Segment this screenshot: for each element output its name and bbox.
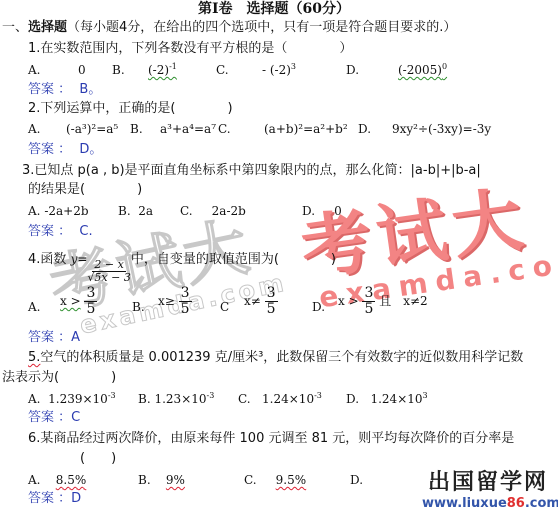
q4-option-b: B. (132, 300, 145, 314)
question-6-stem: 6.某商品经过两次降价，由原来每件 100 元调至 81 元，则平均每次降价的百… (28, 431, 514, 447)
q4-option-a: A. (28, 300, 40, 314)
q2-option-b-value: a³+a⁴=a⁷ (160, 122, 216, 136)
q6-answer: 答案 ：D (28, 491, 81, 507)
q1-option-b-value: (-2)-1 (148, 63, 177, 77)
q1-option-d-value: (-2005)0 (398, 63, 447, 77)
q1-option-a: A. (28, 63, 40, 77)
q4-option-a-value: x > 35 (60, 286, 97, 317)
q4-function-fraction: 2 − x√5x − 3 (87, 259, 130, 284)
q1-option-b: B. (112, 63, 125, 77)
question-4-stem: 4.函数 y=2 − x√5x − 3中，自变量的取值范围为( ) (28, 251, 336, 284)
q2-option-c-value: (a+b)²=a²+b² (264, 122, 348, 136)
q5-option-d: D. 1.24×103 (346, 392, 428, 406)
question-3-stem: 3.已知点 p(a , b)是平面直角坐标系中第四象限内的点，那么化简：|a-b… (22, 163, 481, 179)
q6-option-a: A. 8.5% (28, 473, 86, 487)
question-5-stem: 5.空气的体积质量是 0.001239 克/厘米³，此数保留三个有效数字的近似数… (28, 350, 523, 366)
q1-answer: 答案 ： B。 (28, 82, 101, 98)
page-title: 第Ⅰ卷 选择题（60分） (198, 1, 350, 17)
q4-answer: 答案 ：A (28, 330, 80, 346)
section-prefix: 一、 (2, 20, 28, 35)
q5-option-a: A. 1.239×10-3 (28, 392, 116, 406)
q6-option-b: B. 9% (138, 473, 185, 487)
q6-option-c: C. 9.5% (244, 473, 306, 487)
q2-option-a: A. (28, 122, 40, 136)
logo-url-text: www.liuxue86.com (422, 496, 552, 507)
q1-option-c-value: - (-2)3 (262, 63, 296, 77)
q1-option-d: D. (346, 63, 359, 77)
q5-answer: 答案 ：C (28, 410, 80, 426)
q4-option-b-value: x≥ 35 (158, 286, 192, 317)
q2-option-b: B. (130, 122, 143, 136)
q2-option-d: D. (358, 122, 371, 136)
q1-option-a-value: 0 (78, 63, 86, 77)
question-2-stem: 2.下列运算中，正确的是( ) (28, 101, 233, 117)
section-heading: 一、选择题（每小题4分，在给出的四个选项中，只有一项是符合题目要求的.） (2, 20, 456, 36)
q3-option-b: B. 2a (118, 204, 153, 218)
q4-option-c-value: x≠ 35 (244, 286, 278, 317)
q4-option-d: D. (312, 300, 325, 314)
q4-option-d-value: x > 35 且 x≠2 (338, 286, 428, 317)
q2-answer: 答案 ： D。 (28, 142, 102, 158)
question-5-stem-cont: 法表示为( ) (2, 370, 116, 386)
q1-option-c: C. (216, 63, 229, 77)
q4-option-c: C (220, 300, 229, 314)
q6-option-d: D. (350, 473, 363, 487)
question-3-stem-cont: 的结果是( ) (28, 182, 142, 198)
liuxue-logo: 出国留学网 www.liuxue86.com (416, 465, 558, 507)
q5-option-b: B. 1.23×10-3 (138, 392, 214, 406)
q3-answer: 答案 ： C. (28, 224, 93, 240)
question-1-stem: 1.在实数范围内，下列各数没有平方根的是（ ） (28, 41, 352, 57)
logo-cn-text: 出国留学网 (428, 465, 552, 496)
q2-option-d-value: 9xy²÷(-3xy)=-3y (392, 122, 491, 136)
q2-option-a-value: (-a³)²=a⁵ (66, 122, 118, 136)
q2-option-c: C. (218, 122, 231, 136)
q3-option-a: A. -2a+2b (28, 204, 89, 218)
section-instruction: （每小题4分，在给出的四个选项中，只有一项是符合题目要求的.） (67, 20, 456, 35)
q5-option-c: C. 1.24×10-3 (238, 392, 322, 406)
section-name: 选择题 (28, 20, 67, 35)
question-6-stem-cont: ( ) (80, 451, 116, 467)
q3-option-c: C. 2a-2b (180, 204, 246, 218)
q3-option-d: D. 0 (302, 204, 342, 218)
